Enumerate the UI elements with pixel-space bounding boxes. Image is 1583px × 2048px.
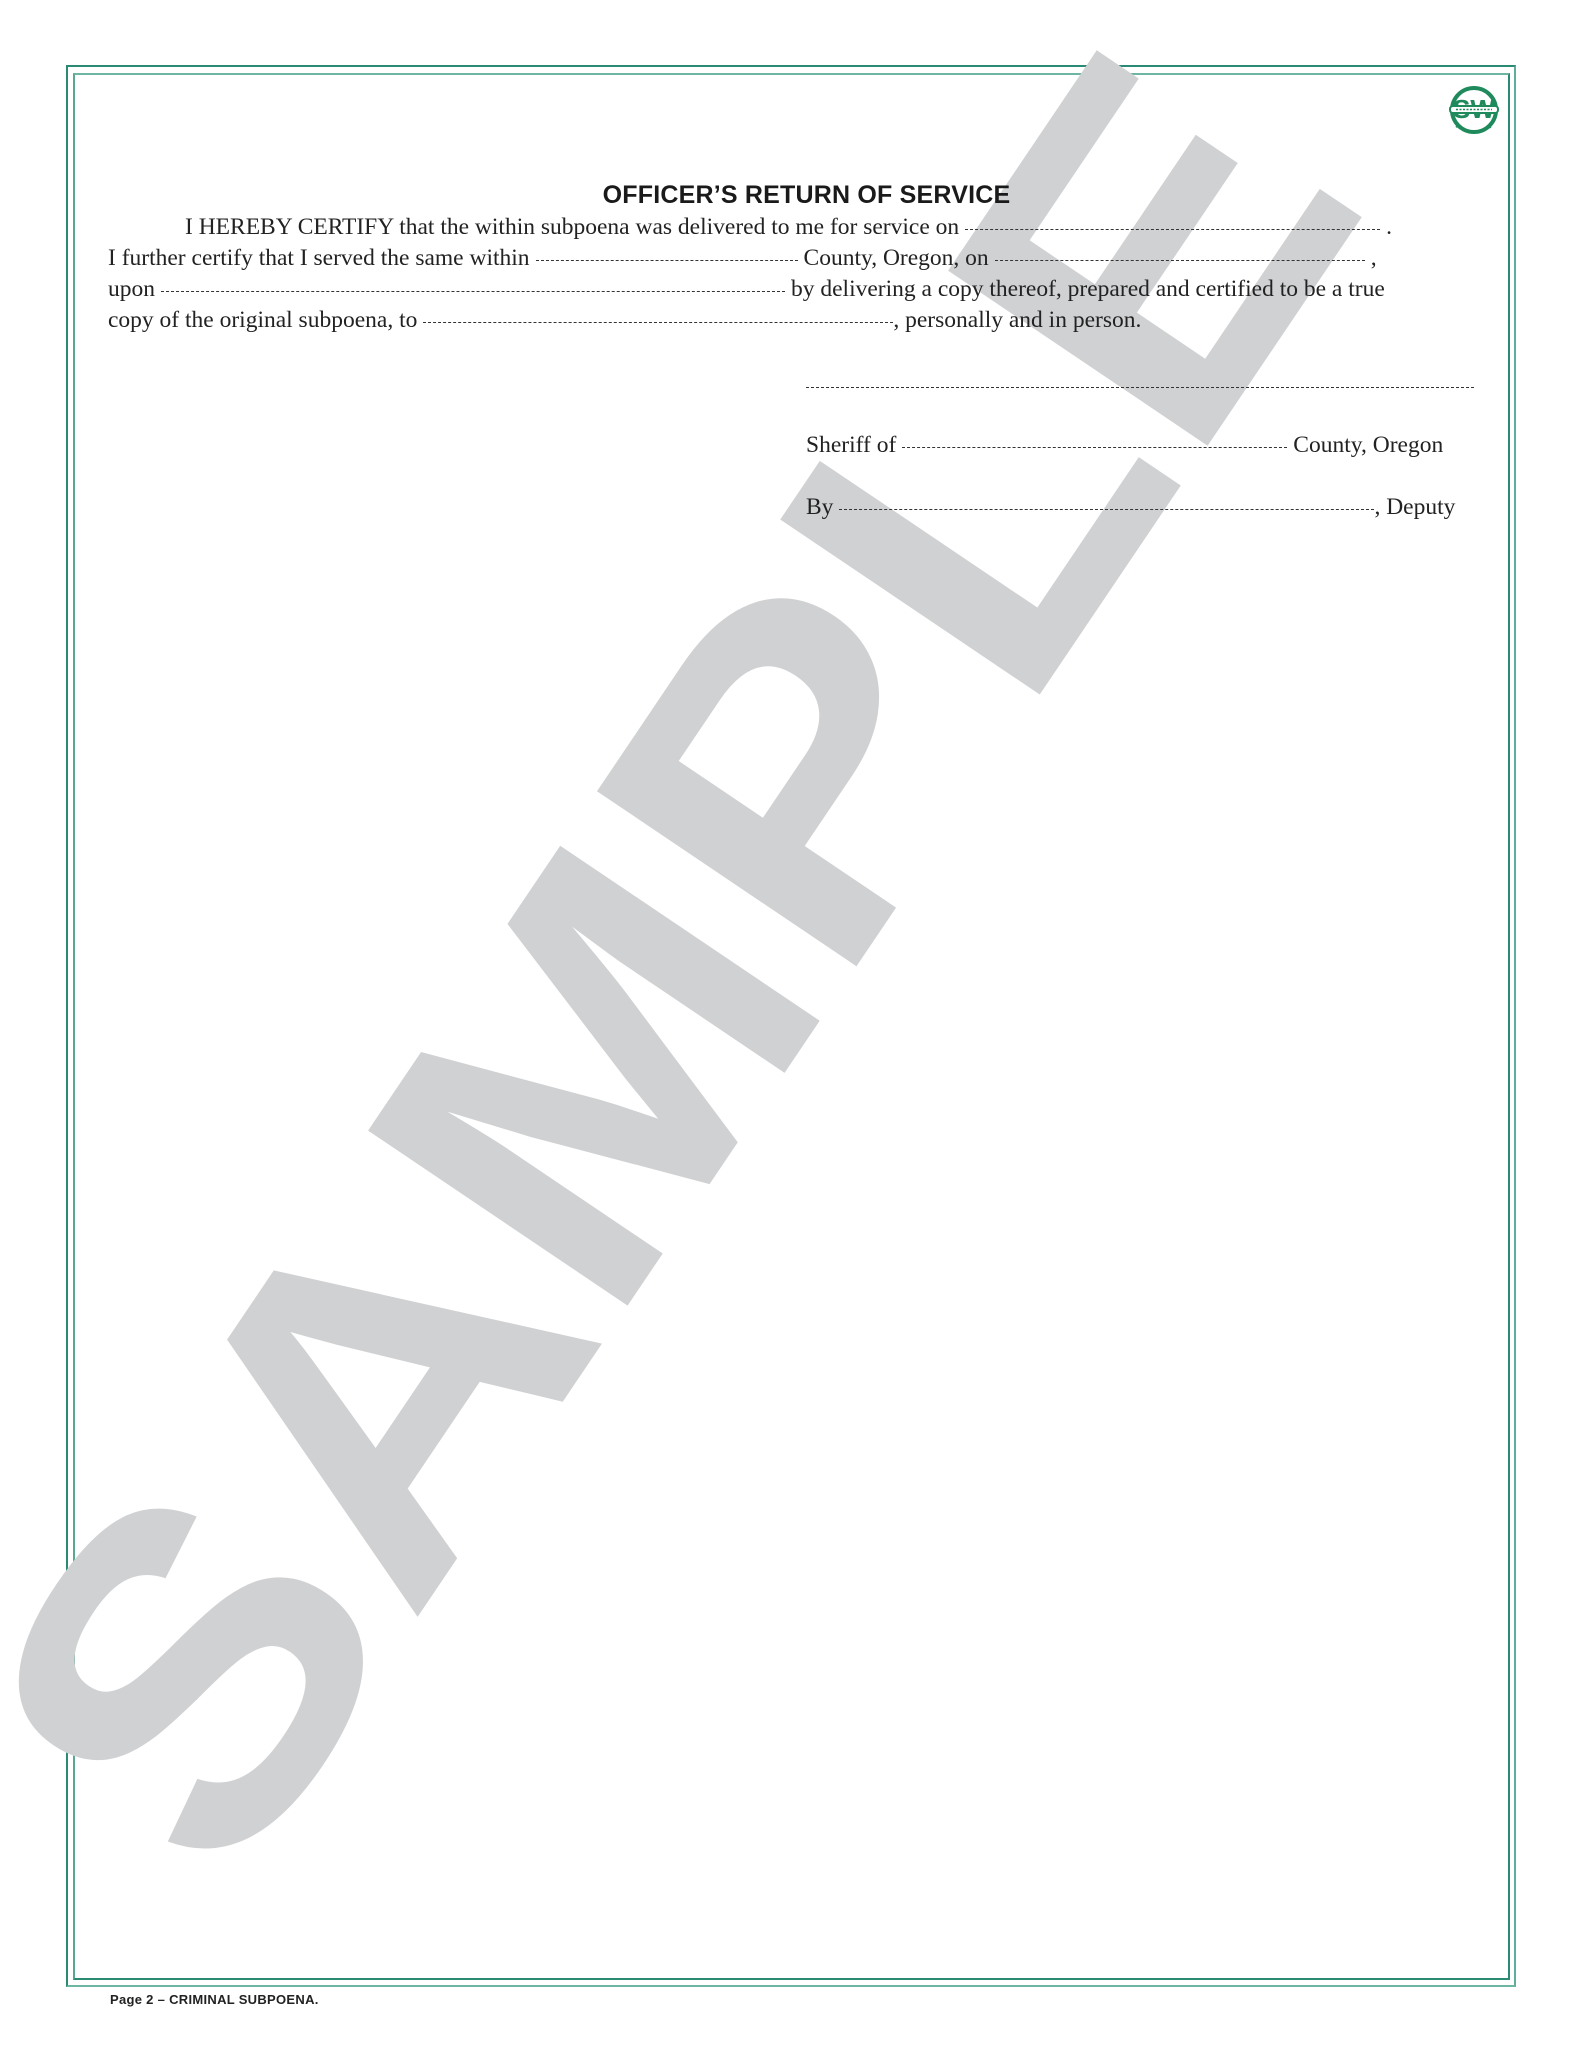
sw-logo-icon: SW bbox=[1444, 84, 1504, 136]
certify-line-4: copy of the original subpoena, to, perso… bbox=[108, 305, 1141, 335]
upon-text: upon bbox=[108, 276, 155, 302]
deputy-name-field[interactable] bbox=[839, 508, 1374, 510]
served-upon-field[interactable] bbox=[161, 290, 785, 292]
punctuation: . bbox=[1386, 214, 1392, 240]
deputy-label: , Deputy bbox=[1374, 494, 1455, 520]
certify-line-3: uponby delivering a copy thereof, prepar… bbox=[108, 274, 1385, 304]
by-label: By bbox=[806, 494, 833, 520]
copy-to-text: copy of the original subpoena, to bbox=[108, 307, 417, 333]
county-oregon-label: County, Oregon bbox=[1293, 432, 1443, 458]
certify-line-2: I further certify that I served the same… bbox=[108, 243, 1377, 273]
certify-text: I HEREBY CERTIFY that the within subpoen… bbox=[185, 214, 959, 240]
sheriff-county-field[interactable] bbox=[902, 446, 1287, 448]
delivering-copy-text: by delivering a copy thereof, prepared a… bbox=[791, 276, 1385, 302]
certify-line-1: I HEREBY CERTIFY that the within subpoen… bbox=[185, 212, 1392, 242]
sheriff-line: Sheriff ofCounty, Oregon bbox=[806, 430, 1443, 460]
county-oregon-on-text: County, Oregon, on bbox=[804, 245, 989, 271]
sheriff-of-label: Sheriff of bbox=[806, 432, 896, 458]
personally-text: , personally and in person. bbox=[893, 307, 1141, 333]
served-within-text: I further certify that I served the same… bbox=[108, 245, 530, 271]
signature-field[interactable] bbox=[806, 387, 1474, 388]
deputy-line: By, Deputy bbox=[806, 492, 1455, 522]
service-date-field[interactable] bbox=[965, 228, 1380, 230]
page-title: OFFICER’S RETURN OF SERVICE bbox=[15, 181, 1583, 210]
county-field[interactable] bbox=[536, 259, 798, 261]
document-page: SAMPLE SW OFFICER’S RETURN OF SERVICE I … bbox=[0, 0, 1583, 2048]
punctuation: , bbox=[1371, 245, 1377, 271]
served-date-field[interactable] bbox=[995, 259, 1365, 261]
document-content: OFFICER’S RETURN OF SERVICE I HEREBY CER… bbox=[0, 0, 1583, 2048]
delivered-to-field[interactable] bbox=[423, 321, 893, 323]
